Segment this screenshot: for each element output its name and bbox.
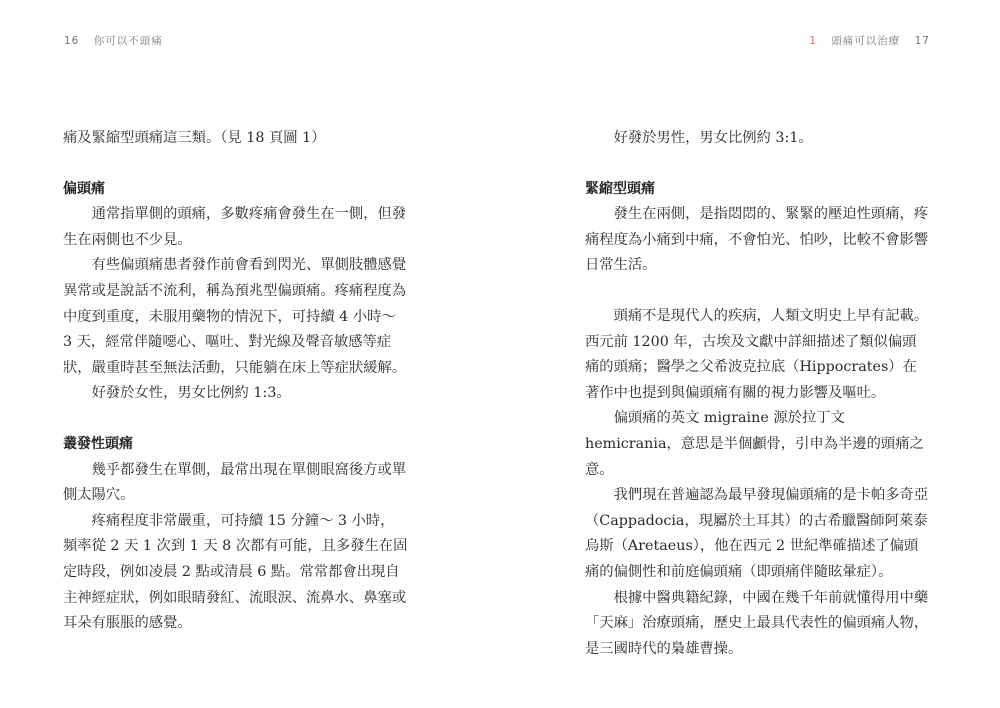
spacer xyxy=(585,279,930,304)
paragraph: 好發於女性，男女比例約 1:3。 xyxy=(63,381,408,407)
paragraph: 偏頭痛的英文 migraine 源於拉丁文 hemicrania，意思是半個顱骨… xyxy=(585,406,930,483)
book-title: 你可以不頭痛 xyxy=(94,35,163,47)
left-page: 16 你可以不頭痛 痛及緊縮型頭痛這三類。（見 18 頁圖 1） 偏頭痛 通常指… xyxy=(0,0,500,708)
paragraph: 我們現在普遍認為最早發現偏頭痛的是卡帕多奇亞（Cappadocia，現屬於土耳其… xyxy=(585,483,930,585)
right-running-head: 1 頭痛可以治療 17 xyxy=(809,33,930,48)
paragraph: 根據中醫典籍紀錄，中國在幾千年前就懂得用中藥「天麻」治療頭痛，歷史上最具代表性的… xyxy=(585,586,930,663)
left-page-number: 16 xyxy=(64,35,79,47)
paragraph: 頭痛不是現代人的疾病，人類文明史上早有記載。西元前 1200 年，古埃及文獻中詳… xyxy=(585,304,930,406)
right-page: 1 頭痛可以治療 17 好發於男性，男女比例約 3:1。 緊縮型頭痛 發生在兩側… xyxy=(500,0,1000,708)
left-body-text: 痛及緊縮型頭痛這三類。（見 18 頁圖 1） 偏頭痛 通常指單側的頭痛，多數疼痛… xyxy=(63,126,408,637)
paragraph: 幾乎都發生在單側，最常出現在單側眼窩後方或單側太陽穴。 xyxy=(63,458,408,509)
section-heading-cluster: 叢發性頭痛 xyxy=(63,432,408,458)
paragraph: 通常指單側的頭痛，多數疼痛會發生在一側，但發生在兩側也不少見。 xyxy=(63,202,408,253)
opening-line: 好發於男性，男女比例約 3:1。 xyxy=(585,126,930,152)
opening-line: 痛及緊縮型頭痛這三類。（見 18 頁圖 1） xyxy=(63,126,408,152)
paragraph: 有些偏頭痛患者發作前會看到閃光、單側肢體感覺異常或是說話不流利，稱為預兆型偏頭痛… xyxy=(63,253,408,381)
left-running-head: 16 你可以不頭痛 xyxy=(64,33,163,48)
paragraph: 發生在兩側，是指悶悶的、緊緊的壓迫性頭痛，疼痛程度為小痛到中痛，不會怕光、怕吵，… xyxy=(585,202,930,279)
section-heading-migraine: 偏頭痛 xyxy=(63,177,408,203)
paragraph: 疼痛程度非常嚴重，可持續 15 分鐘～ 3 小時，頻率從 2 天 1 次到 1 … xyxy=(63,509,408,637)
right-page-number: 17 xyxy=(915,35,930,47)
section-heading-tension: 緊縮型頭痛 xyxy=(585,177,930,203)
chapter-number: 1 xyxy=(809,35,817,47)
chapter-title: 頭痛可以治療 xyxy=(831,35,900,47)
right-body-text: 好發於男性，男女比例約 3:1。 緊縮型頭痛 發生在兩側，是指悶悶的、緊緊的壓迫… xyxy=(585,126,930,662)
